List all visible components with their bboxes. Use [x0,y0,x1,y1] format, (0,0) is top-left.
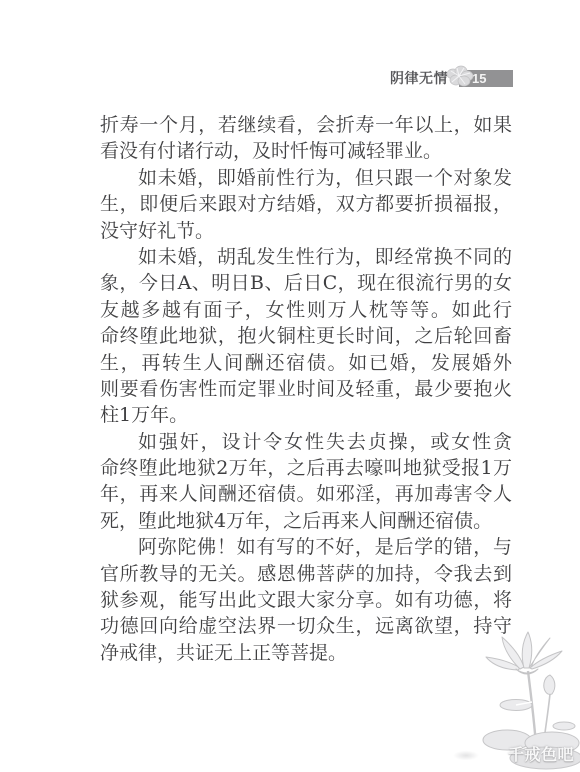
text-line: 生，即便后来跟对方结婚，双方都要折损福报，因 [100,191,512,217]
text-line: 象，今日A、明日B、后日C，现在很流行男的女朋 [100,270,512,296]
book-title: 阴律无情 [390,69,448,87]
text-line: 狱参观，能写出此文跟大家分享。如有功德，将此 [100,587,512,613]
watermark-smudge [449,749,483,762]
book-page: 阴律无情 15 折寿一个月，若继续看，会折寿一年以上，如果只 看没有付诸行动，及… [0,0,580,772]
body-text: 折寿一个月，若继续看，会折寿一年以上，如果只 看没有付诸行动，及时忏悔可减轻罪业… [100,112,512,666]
text-line: 死，堕此地狱4万年，之后再来人间酬还宿债。 [100,508,512,534]
text-line: 命终堕此地狱2万年，之后再去嚎叫地狱受报1万 [100,455,512,481]
text-line: 官所教导的无关。感恩佛菩萨的加持，令我去到地 [100,561,512,587]
text-line: 折寿一个月，若继续看，会折寿一年以上，如果只 [100,112,512,138]
text-line: 则要看伤害性而定罪业时间及轻重，最少要抱火铜 [100,376,512,402]
text-line: 如未婚，胡乱发生性行为，即经常换不同的对 [100,244,512,270]
lotus-ornament-icon [443,63,475,90]
text-line: 没守好礼节。 [100,218,512,244]
text-line: 年，再来人间酬还宿债。如邪淫，再加毒害令人致 [100,481,512,507]
text-line: 看没有付诸行动，及时忏悔可减轻罪业。 [100,138,512,164]
text-line: 如未婚，即婚前性行为，但只跟一个对象发 [100,165,512,191]
text-line: 命终堕此地狱，抱火铜柱更长时间，之后轮回畜 [100,323,512,349]
text-line: 阿弥陀佛！如有写的不好，是后学的错，与判 [100,534,512,560]
watermark-text: 千戒色吧 [508,745,580,765]
text-line: 柱1万年。 [100,402,512,428]
text-line: 生，再转生人间酬还宿债。如已婚，发展婚外情， [100,350,512,376]
text-line: 友越多越有面子，女性则万人枕等等。如此行为， [100,297,512,323]
text-line: 如强奸，设计令女性失去贞操，或女性贪淫， [100,429,512,455]
